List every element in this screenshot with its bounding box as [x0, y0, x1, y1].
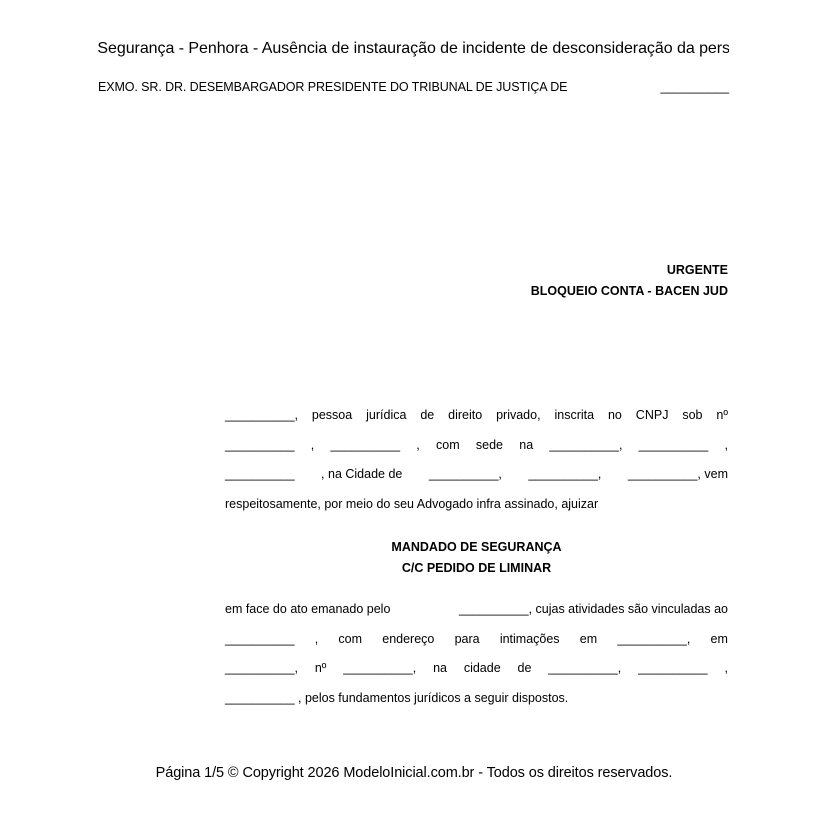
word: __________	[225, 625, 295, 655]
word: direito	[448, 401, 482, 431]
paragraph-respondent: em face do ato emanado pelo__________, c…	[225, 595, 728, 713]
word: __________	[639, 431, 709, 461]
word: nº	[716, 401, 728, 431]
word: na	[433, 654, 447, 684]
word: sob	[682, 401, 702, 431]
word: ,	[416, 431, 419, 461]
word: , na Cidade de	[321, 460, 402, 490]
addressee-line: EXMO. SR. DR. DESEMBARGADOR PRESIDENTE D…	[98, 80, 729, 94]
word: sede	[476, 431, 503, 461]
paragraph-line: __________,nº__________,nacidadede______…	[225, 654, 728, 684]
word: de	[518, 654, 532, 684]
paragraph-line: __________,comendereçoparaintimaçõesem__…	[225, 625, 728, 655]
paragraph-line: __________ , pelos fundamentos jurídicos…	[225, 684, 728, 714]
word: CNPJ	[636, 401, 669, 431]
word: ,	[311, 431, 314, 461]
word: __________	[225, 431, 295, 461]
document-page: Mandado de Segurança - Penhora - Ausênci…	[0, 0, 828, 828]
word: para	[455, 625, 480, 655]
word: endereço	[382, 625, 434, 655]
word: nº	[315, 654, 327, 684]
block-account-label: BLOQUEIO CONTA - BACEN JUD	[531, 281, 728, 302]
word: de	[420, 401, 434, 431]
word: __________,	[617, 625, 690, 655]
word: __________,	[225, 401, 298, 431]
word: __________,	[429, 460, 502, 490]
word: com	[338, 625, 362, 655]
word: jurídica	[366, 401, 406, 431]
page-footer: Página 1/5 © Copyright 2026 ModeloInicia…	[0, 765, 828, 781]
action-title: MANDADO DE SEGURANÇA C/C PEDIDO DE LIMIN…	[225, 537, 728, 579]
word: ,	[724, 654, 727, 684]
word: na	[519, 431, 533, 461]
word: __________ , pelos fundamentos jurídicos…	[225, 684, 568, 714]
word: __________	[225, 460, 295, 490]
word: __________,	[343, 654, 416, 684]
word: __________,	[225, 654, 298, 684]
word: __________	[331, 431, 401, 461]
word: cidade	[464, 654, 501, 684]
word: __________, cujas atividades são vincula…	[459, 595, 728, 625]
paragraph-line: __________, na Cidade de__________,_____…	[225, 460, 728, 490]
addressee-blank: __________	[660, 80, 729, 94]
word: em face do ato emanado pelo	[225, 595, 390, 625]
word: privado,	[496, 401, 540, 431]
word: __________, vem	[628, 460, 728, 490]
running-header: Mandado de Segurança - Penhora - Ausênci…	[93, 38, 729, 64]
urgent-label: URGENTE	[531, 260, 728, 281]
running-header-text: Mandado de Segurança - Penhora - Ausênci…	[93, 40, 729, 58]
paragraph-line: __________,pessoajurídicadedireitoprivad…	[225, 401, 728, 431]
paragraph-qualification: __________,pessoajurídicadedireitoprivad…	[225, 401, 728, 519]
paragraph-line: __________,__________,comsedena_________…	[225, 431, 728, 461]
addressee-text: EXMO. SR. DR. DESEMBARGADOR PRESIDENTE D…	[98, 80, 567, 94]
action-title-line1: MANDADO DE SEGURANÇA	[225, 537, 728, 558]
urgent-block: URGENTE BLOQUEIO CONTA - BACEN JUD	[531, 260, 728, 302]
word: ,	[724, 431, 727, 461]
word: com	[436, 431, 460, 461]
word: no	[608, 401, 622, 431]
paragraph-line: respeitosamente, por meio do seu Advogad…	[225, 490, 728, 520]
paragraph-line: em face do ato emanado pelo__________, c…	[225, 595, 728, 625]
word: __________,	[548, 654, 621, 684]
word: pessoa	[312, 401, 352, 431]
word: em	[711, 625, 728, 655]
word: respeitosamente, por meio do seu Advogad…	[225, 490, 598, 520]
word: __________	[638, 654, 708, 684]
word: ,	[315, 625, 318, 655]
word: __________,	[528, 460, 601, 490]
word: inscrita	[554, 401, 594, 431]
action-title-line2: C/C PEDIDO DE LIMINAR	[225, 558, 728, 579]
word: em	[580, 625, 597, 655]
word: intimações	[500, 625, 560, 655]
word: __________,	[549, 431, 622, 461]
